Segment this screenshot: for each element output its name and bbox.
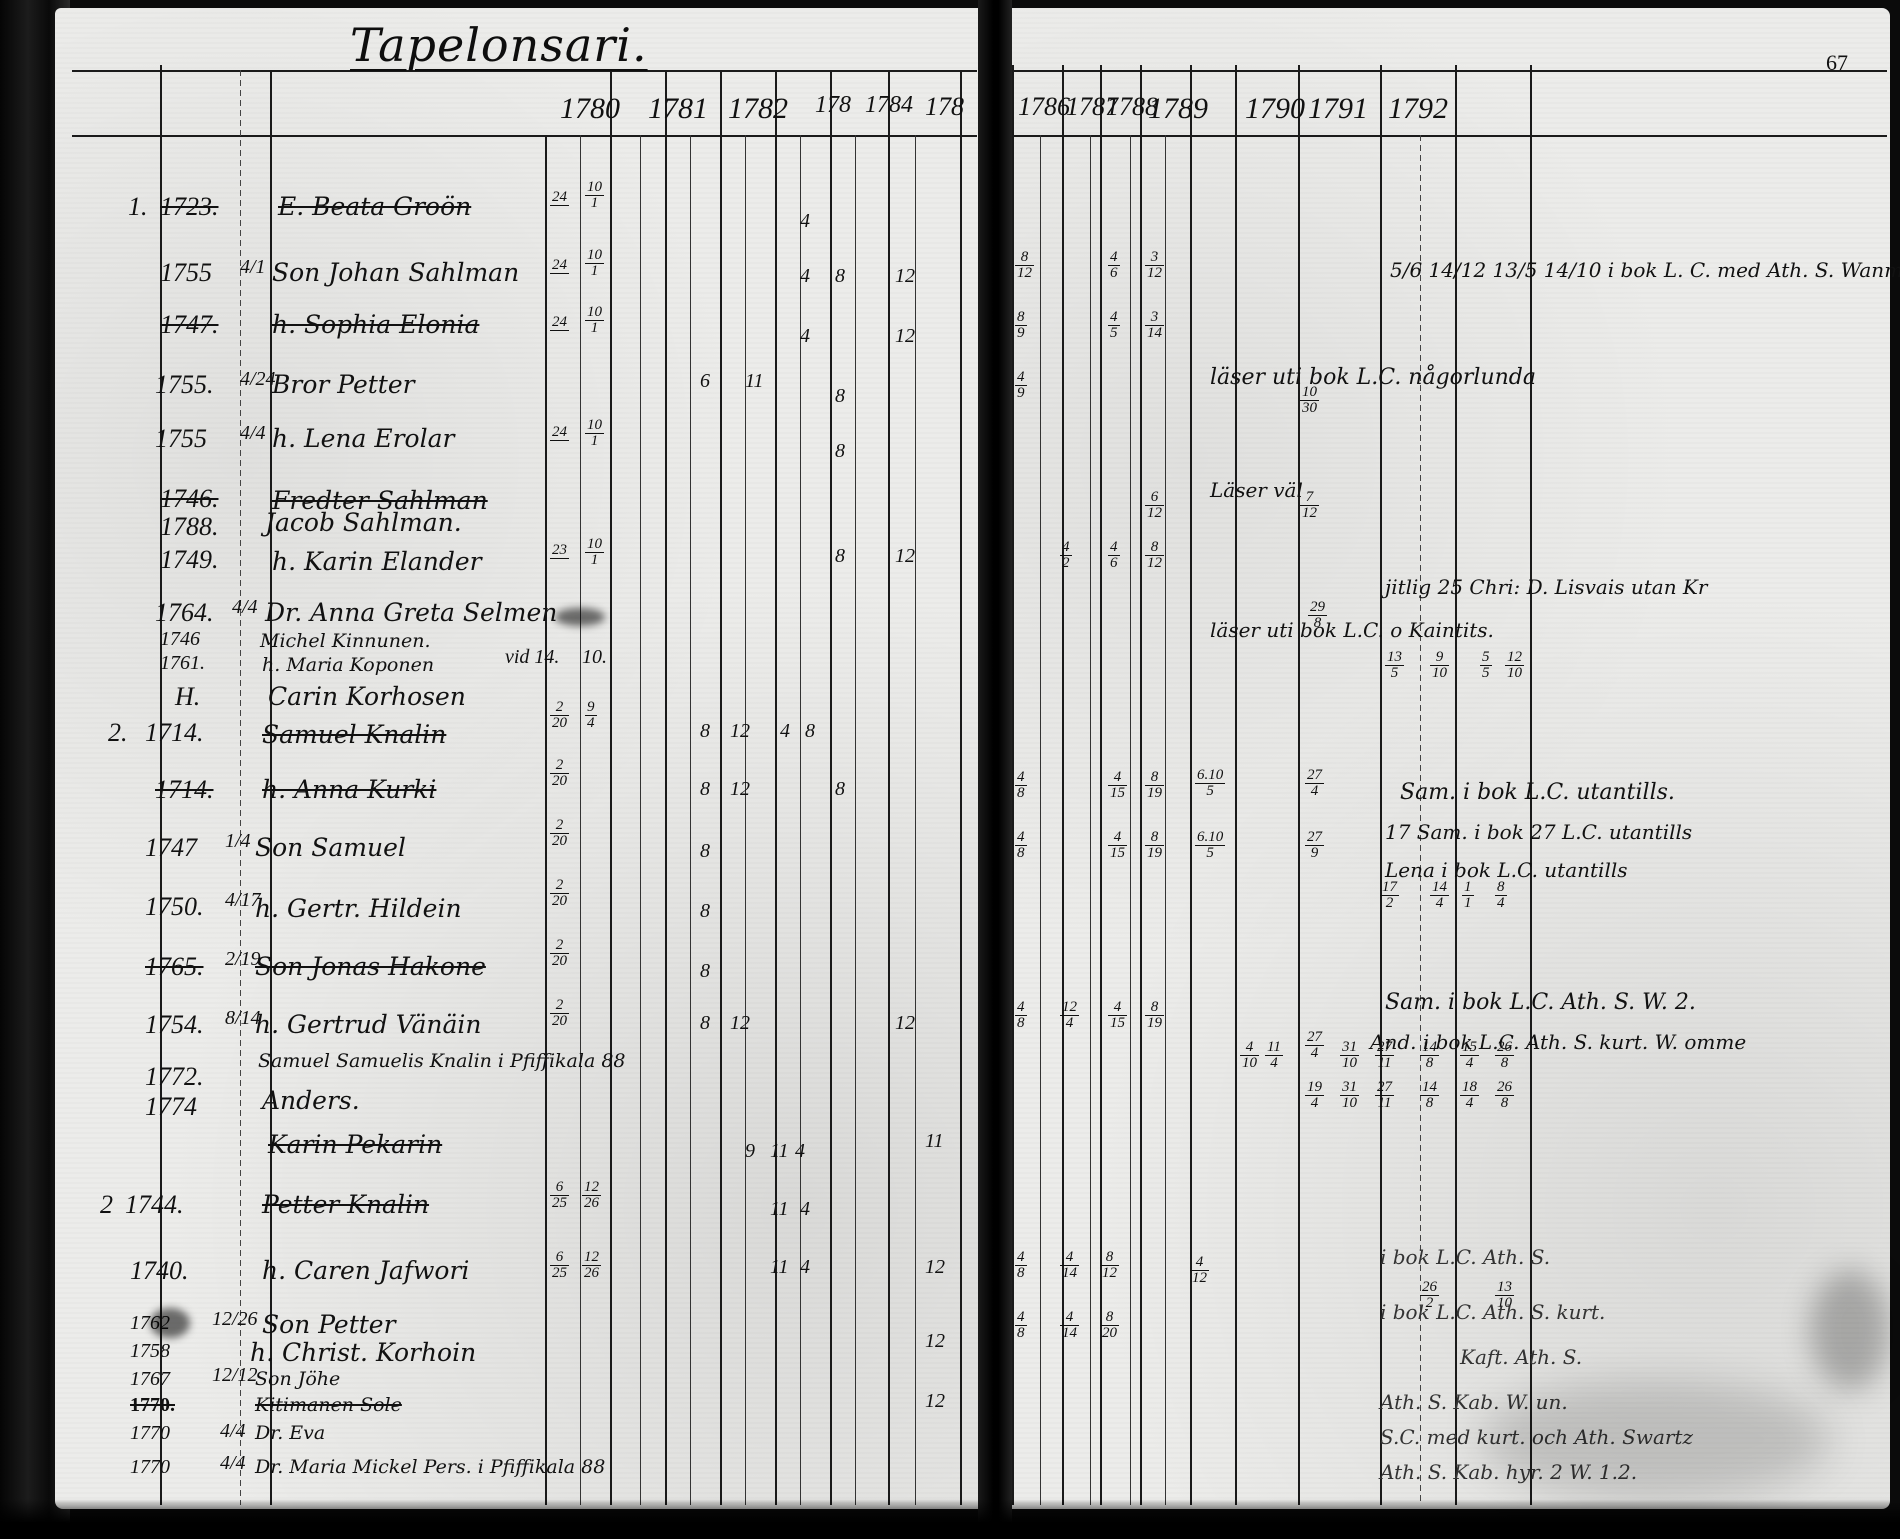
year-header: 1782 bbox=[728, 92, 788, 126]
year-header: 1790 bbox=[1245, 92, 1305, 126]
tally-mark: 220 bbox=[550, 998, 569, 1029]
tally-mark: 48 bbox=[1015, 1310, 1027, 1341]
tally-mark: 4 bbox=[800, 265, 810, 288]
col-rule bbox=[610, 70, 612, 1505]
tally-mark: 415 bbox=[1108, 1000, 1127, 1031]
tally-mark: 101 bbox=[585, 537, 604, 568]
entry-birth-year: 1750. bbox=[145, 892, 204, 922]
tally-mark: 12 bbox=[895, 265, 915, 288]
entry-birth-year: 1767 bbox=[130, 1368, 170, 1391]
tally-mark: 6 bbox=[700, 370, 710, 393]
entry-name: Samuel Knalin bbox=[262, 720, 446, 749]
tally-mark: 910 bbox=[1430, 650, 1449, 681]
tally-mark: 23 bbox=[550, 543, 569, 574]
tally-mark: 410 bbox=[1240, 1040, 1259, 1071]
entry-name: h. Maria Koponen bbox=[262, 654, 434, 676]
col-rule bbox=[720, 70, 722, 1505]
tally-mark: 46 bbox=[1108, 250, 1120, 281]
tally-mark: 11 bbox=[745, 370, 764, 393]
tally-mark: 274 bbox=[1305, 768, 1324, 799]
header-rule-bottom-left bbox=[72, 135, 977, 137]
entry-name: Jacob Sahlman. bbox=[265, 508, 462, 537]
entry-birth-date: 4/4 bbox=[220, 1420, 246, 1443]
header-rule-bottom-right bbox=[1012, 135, 1887, 137]
entry-birth-date: 12/12 bbox=[212, 1364, 258, 1387]
book-gutter bbox=[978, 0, 1012, 1539]
tally-mark: 89 bbox=[1015, 310, 1027, 341]
tally-mark: 84 bbox=[1495, 880, 1507, 911]
tally-mark: 268 bbox=[1495, 1080, 1514, 1111]
annotation: 17 Sam. i bok 27 L.C. utantills bbox=[1385, 820, 1692, 844]
col-rule bbox=[1100, 65, 1102, 1505]
tally-mark: 11 bbox=[770, 1198, 789, 1221]
tally-mark: 12 bbox=[730, 720, 750, 743]
annotation: Sam. i bok L.C. utantills. bbox=[1400, 780, 1675, 805]
entry-birth-year: 1765. bbox=[145, 952, 204, 982]
tally-mark: 812 bbox=[1145, 540, 1164, 571]
entry-index: 1. bbox=[128, 192, 148, 222]
tally-mark: 820 bbox=[1100, 1310, 1119, 1341]
entry-birth-date: 4/4 bbox=[232, 596, 258, 619]
tally-mark: 114 bbox=[1265, 1040, 1283, 1071]
tally-mark: 135 bbox=[1385, 650, 1404, 681]
tally-mark: 415 bbox=[1108, 770, 1127, 801]
entry-name: h. Caren Jafwori bbox=[262, 1256, 469, 1285]
col-rule bbox=[830, 70, 832, 1505]
entry-birth-date: 4/4 bbox=[240, 422, 266, 445]
tally-mark: 625 bbox=[550, 1250, 569, 1281]
annotation: i bok L.C. Ath. S. kurt. bbox=[1380, 1300, 1605, 1324]
tally-mark: 12 bbox=[895, 325, 915, 348]
entry-birth-year: 1714. bbox=[145, 718, 204, 748]
tally-mark: 3110 bbox=[1340, 1080, 1359, 1111]
col-rule bbox=[1235, 65, 1237, 1505]
year-header: 178 bbox=[815, 92, 851, 119]
entry-name: Son Jöhe bbox=[255, 1368, 340, 1390]
tally-mark: 819 bbox=[1145, 830, 1164, 861]
tally-mark: 48 bbox=[1015, 830, 1027, 861]
tally-mark: 48 bbox=[1015, 1250, 1027, 1281]
tally-mark: 24 bbox=[550, 315, 569, 346]
tally-mark: 46 bbox=[1108, 540, 1120, 571]
entry-name: Carin Korhosen bbox=[268, 682, 466, 711]
col-rule bbox=[855, 135, 856, 1505]
tally-mark: 819 bbox=[1145, 770, 1164, 801]
col-rule bbox=[775, 70, 777, 1505]
entry-name: h. Karin Elander bbox=[272, 547, 482, 576]
col-rule bbox=[1140, 65, 1142, 1505]
entry-name: Karin Pekarin bbox=[268, 1130, 442, 1159]
left-page bbox=[55, 8, 980, 1509]
year-header: 1791 bbox=[1308, 92, 1368, 126]
entry-name: Son Samuel bbox=[255, 833, 406, 862]
tally-mark: 8 bbox=[700, 1012, 710, 1035]
tally-mark: 124 bbox=[1060, 1000, 1079, 1031]
tally-mark: 625 bbox=[550, 1180, 569, 1211]
col-rule bbox=[960, 70, 962, 1505]
entry-birth-date: 4/1 bbox=[240, 256, 266, 279]
year-header: 1789 bbox=[1148, 92, 1208, 126]
tally-mark: 220 bbox=[550, 700, 569, 731]
tally-mark: 12 bbox=[925, 1390, 945, 1413]
tally-mark: 612 bbox=[1145, 490, 1164, 521]
entry-birth-year: 1744. bbox=[125, 1190, 184, 1220]
year-header: 178 bbox=[925, 92, 964, 122]
tally-mark: 220 bbox=[550, 758, 569, 789]
tally-mark: 6.105 bbox=[1195, 830, 1225, 861]
entry-birth-year: 1772. bbox=[145, 1062, 204, 1092]
tally-mark: 414 bbox=[1060, 1250, 1079, 1281]
tally-mark: 48 bbox=[1015, 1000, 1027, 1031]
tally-mark: 412 bbox=[1190, 1255, 1209, 1286]
annotation: läser uti bok L.C. o Kaintits. bbox=[1210, 618, 1494, 642]
year-header: 1792 bbox=[1388, 92, 1448, 126]
col-rule bbox=[1012, 65, 1014, 1505]
right-page bbox=[1010, 8, 1890, 1509]
entry-birth-year: 1746 bbox=[160, 628, 200, 651]
col-rule bbox=[1130, 135, 1131, 1505]
tally-mark: 10. bbox=[582, 646, 607, 669]
col-rule bbox=[915, 135, 916, 1505]
tally-mark: 12 bbox=[895, 1012, 915, 1035]
entry-name: Dr. Eva bbox=[255, 1422, 325, 1444]
col-rule bbox=[1165, 135, 1166, 1505]
tally-mark: vid 14. bbox=[505, 646, 559, 669]
col-rule bbox=[745, 135, 746, 1505]
annotation: 5/6 14/12 13/5 14/10 i bok L. C. med Ath… bbox=[1390, 258, 1900, 282]
tally-mark: 9 bbox=[745, 1140, 755, 1163]
tally-mark: 274 bbox=[1305, 1030, 1324, 1061]
entry-name: h. Lena Erolar bbox=[272, 424, 454, 453]
tally-mark: 8 bbox=[835, 385, 845, 408]
tally-mark: 279 bbox=[1305, 830, 1324, 861]
year-header: 1784 bbox=[865, 92, 913, 119]
tally-mark: 8 bbox=[700, 778, 710, 801]
ink-blot bbox=[1480, 1380, 1830, 1500]
entry-birth-year: 1746. bbox=[160, 484, 219, 514]
tally-mark: 8 bbox=[835, 440, 845, 463]
page-number: 67 bbox=[1826, 50, 1848, 76]
tally-mark: 12 bbox=[895, 545, 915, 568]
entry-birth-date: 4/4 bbox=[220, 1452, 246, 1475]
col-rule bbox=[240, 70, 241, 1505]
entry-name: Son Jonas Hakone bbox=[255, 952, 486, 981]
tally-mark: 101 bbox=[585, 305, 604, 336]
annotation: Läser väl bbox=[1210, 478, 1303, 502]
col-rule bbox=[1062, 65, 1064, 1505]
tally-mark: 1226 bbox=[582, 1250, 601, 1281]
entry-name: Kitimanen Sole bbox=[255, 1394, 402, 1416]
entry-birth-year: 1761. bbox=[160, 652, 205, 675]
tally-mark: 24 bbox=[550, 425, 569, 456]
entry-index: 2. bbox=[108, 718, 128, 748]
entry-name: h. Gertrud Vänäin bbox=[255, 1010, 482, 1039]
tally-mark: 4 bbox=[800, 210, 810, 233]
entry-birth-year: H. bbox=[175, 682, 200, 712]
ink-blot bbox=[555, 608, 605, 626]
annotation: Sam. i bok L.C. Ath. S. W. 2. bbox=[1385, 990, 1696, 1015]
tally-mark: 12 bbox=[925, 1330, 945, 1353]
tally-mark: 24 bbox=[550, 190, 569, 221]
tally-mark: 45 bbox=[1108, 310, 1120, 341]
entry-birth-year: 1788. bbox=[160, 512, 219, 542]
tally-mark: 819 bbox=[1145, 1000, 1164, 1031]
entry-birth-year: 1714. bbox=[155, 775, 214, 805]
page-bottom-shadow bbox=[0, 1499, 1900, 1539]
year-header: 1786 bbox=[1018, 92, 1070, 122]
tally-mark: 11 bbox=[770, 1256, 789, 1279]
entry-birth-year: 1770. bbox=[130, 1394, 175, 1417]
col-rule bbox=[665, 70, 667, 1505]
tally-mark: 12 bbox=[925, 1256, 945, 1279]
entry-name: Michel Kinnunen. bbox=[260, 630, 431, 652]
tally-mark: 172 bbox=[1380, 880, 1399, 911]
entry-name: Samuel Samuelis Knalin i Pfiffikala 88 bbox=[258, 1050, 626, 1072]
tally-mark: 812 bbox=[1100, 1250, 1119, 1281]
annotation: And. i bok L.C. Ath. S. kurt. W. omme bbox=[1370, 1030, 1746, 1054]
tally-mark: 4 bbox=[780, 720, 790, 743]
tally-mark: 12 bbox=[730, 778, 750, 801]
tally-mark: 8 bbox=[835, 778, 845, 801]
entry-birth-year: 1755 bbox=[160, 258, 212, 288]
entry-birth-year: 1755 bbox=[155, 424, 207, 454]
entry-birth-year: 1747. bbox=[160, 310, 219, 340]
tally-mark: 194 bbox=[1305, 1080, 1324, 1111]
tally-mark: 11 bbox=[1462, 880, 1474, 911]
entry-birth-year: 1740. bbox=[130, 1256, 189, 1286]
entry-birth-date: 4/24 bbox=[240, 368, 276, 391]
tally-mark: 49 bbox=[1015, 370, 1027, 401]
entry-name: Petter Knalin bbox=[262, 1190, 429, 1219]
col-rule bbox=[1040, 135, 1041, 1505]
tally-mark: 314 bbox=[1145, 310, 1164, 341]
tally-mark: 11 bbox=[925, 1130, 944, 1153]
tally-mark: 415 bbox=[1108, 830, 1127, 861]
tally-mark: 12 bbox=[730, 1012, 750, 1035]
annotation: Kaft. Ath. S. bbox=[1460, 1345, 1582, 1369]
header-rule-top-right bbox=[1012, 70, 1887, 72]
entry-name: h. Anna Kurki bbox=[262, 775, 436, 804]
entry-name: Son Johan Sahlman bbox=[272, 258, 519, 287]
tally-mark: 6.105 bbox=[1195, 768, 1225, 799]
tally-mark: 4 bbox=[795, 1140, 805, 1163]
entry-birth-year: 1749. bbox=[160, 545, 219, 575]
entry-index: 2 bbox=[100, 1190, 113, 1220]
col-rule bbox=[888, 70, 890, 1505]
tally-mark: 55 bbox=[1480, 650, 1492, 681]
entry-birth-year: 1764. bbox=[155, 598, 214, 628]
ink-blot bbox=[1810, 1270, 1890, 1390]
tally-mark: 101 bbox=[585, 180, 604, 211]
entry-name: h. Christ. Korhoin bbox=[250, 1338, 476, 1367]
tally-mark: 220 bbox=[550, 818, 569, 849]
tally-mark: 11 bbox=[770, 1140, 789, 1163]
tally-mark: 144 bbox=[1430, 880, 1449, 911]
col-rule bbox=[1090, 135, 1091, 1505]
tally-mark: 184 bbox=[1460, 1080, 1479, 1111]
tally-mark: 1210 bbox=[1505, 650, 1524, 681]
annotation: Lena i bok L.C. utantills bbox=[1385, 858, 1628, 882]
entry-birth-year: 1755. bbox=[155, 370, 214, 400]
year-header: 1780 bbox=[560, 92, 620, 126]
entry-birth-year: 1754. bbox=[145, 1010, 204, 1040]
col-rule bbox=[1298, 65, 1300, 1505]
entry-name: Anders. bbox=[262, 1086, 360, 1115]
tally-mark: 101 bbox=[585, 418, 604, 449]
tally-mark: 148 bbox=[1420, 1080, 1439, 1111]
annotation: i bok L.C. Ath. S. bbox=[1380, 1245, 1550, 1269]
tally-mark: 8 bbox=[835, 265, 845, 288]
tally-mark: 414 bbox=[1060, 1310, 1079, 1341]
tally-mark: 48 bbox=[1015, 770, 1027, 801]
entry-birth-year: 1747 bbox=[145, 833, 197, 863]
tally-mark: 4 bbox=[800, 325, 810, 348]
annotation: läser uti bok L.C. någorlunda bbox=[1210, 365, 1536, 390]
tally-mark: 94 bbox=[585, 700, 597, 731]
tally-mark: 8 bbox=[700, 720, 710, 743]
tally-mark: 3110 bbox=[1340, 1040, 1359, 1071]
tally-mark: 8 bbox=[805, 720, 815, 743]
tally-mark: 812 bbox=[1015, 250, 1034, 281]
entry-birth-year: 1770 bbox=[130, 1422, 170, 1445]
entry-birth-year: 1770 bbox=[130, 1456, 170, 1479]
entry-name: h. Gertr. Hildein bbox=[255, 894, 462, 923]
tally-mark: 101 bbox=[585, 248, 604, 279]
entry-birth-date: 12/26 bbox=[212, 1308, 258, 1331]
year-header: 1781 bbox=[648, 92, 708, 126]
tally-mark: 312 bbox=[1145, 250, 1164, 281]
ink-blot bbox=[150, 1308, 190, 1338]
tally-mark: 220 bbox=[550, 878, 569, 909]
tally-mark: 8 bbox=[835, 545, 845, 568]
entry-name: E. Beata Groön bbox=[278, 192, 471, 221]
tally-mark: 8 bbox=[700, 840, 710, 863]
entry-name: h. Sophia Elonia bbox=[272, 310, 479, 339]
col-rule bbox=[640, 135, 641, 1505]
col-rule bbox=[1380, 65, 1382, 1505]
entry-birth-year: 1758 bbox=[130, 1340, 170, 1363]
tally-mark: 1226 bbox=[582, 1180, 601, 1211]
tally-mark: 8 bbox=[700, 900, 710, 923]
entry-birth-year: 1723. bbox=[160, 192, 219, 222]
entry-name: Son Petter bbox=[262, 1310, 396, 1339]
tally-mark: 8 bbox=[700, 960, 710, 983]
entry-name: Dr. Maria Mickel Pers. i Pfiffikala 88 bbox=[255, 1456, 605, 1478]
col-rule bbox=[545, 135, 547, 1505]
col-rule bbox=[690, 135, 691, 1505]
tally-mark: 4 bbox=[800, 1256, 810, 1279]
entry-name: Dr. Anna Greta Selmen bbox=[265, 598, 557, 627]
tally-mark: 24 bbox=[550, 258, 569, 289]
entry-name: Bror Petter bbox=[272, 370, 415, 399]
tally-mark: 220 bbox=[550, 938, 569, 969]
tally-mark: 42 bbox=[1060, 540, 1072, 571]
col-rule bbox=[580, 135, 581, 1505]
entry-birth-date: 1/4 bbox=[225, 830, 251, 853]
document-title: Tapelonsari. bbox=[350, 18, 648, 72]
tally-mark: 4 bbox=[800, 1198, 810, 1221]
entry-birth-year: 1774 bbox=[145, 1092, 197, 1122]
annotation: jitlig 25 Chri: D. Lisvais utan Kr bbox=[1385, 575, 1707, 599]
tally-mark: 2711 bbox=[1375, 1080, 1394, 1111]
col-rule bbox=[1190, 65, 1192, 1505]
